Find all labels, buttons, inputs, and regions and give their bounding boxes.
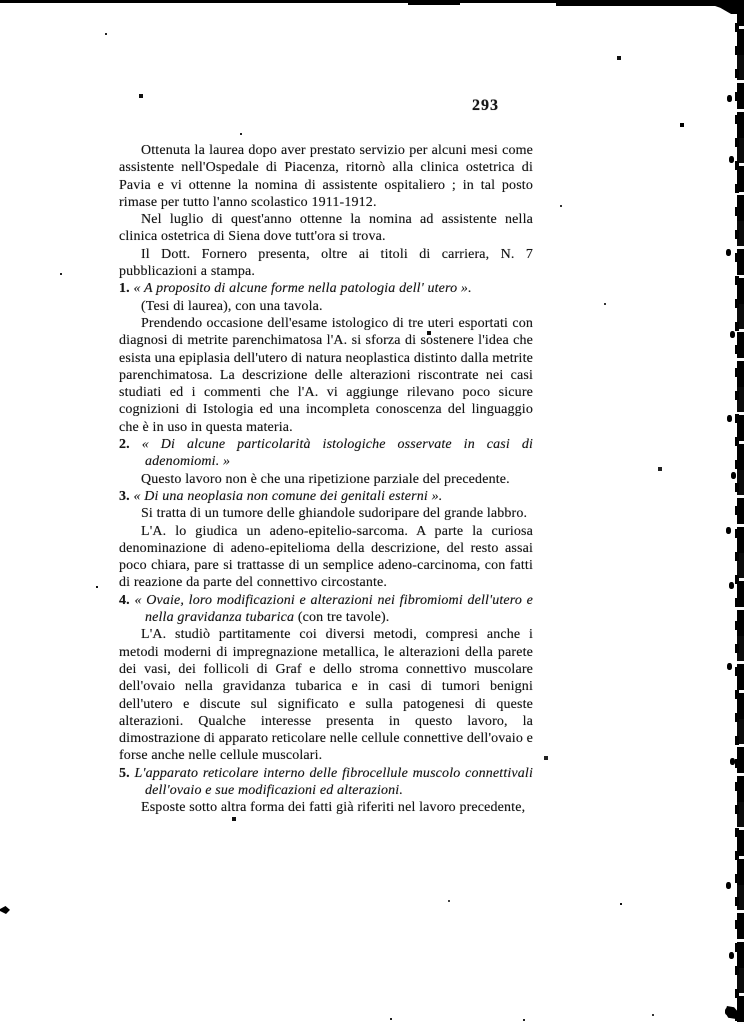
- publication-item-1: 1. « A proposito di alcune forme nella p…: [119, 280, 533, 297]
- paragraph-publications-intro: Il Dott. Fornero presenta, oltre ai tito…: [119, 246, 533, 281]
- text-column: Ottenuta la laurea dopo aver prestato se…: [119, 142, 533, 817]
- item-title: « A proposito di alcune forme nella pato…: [133, 281, 471, 296]
- paragraph-review-1: Prendendo occasione dell'esame istologic…: [119, 315, 533, 436]
- publication-item-5: 5. L'apparato reticolare interno delle f…: [119, 765, 533, 800]
- paragraph-review-3b: L'A. lo giudica un adeno-epitelio-sarcom…: [119, 523, 533, 592]
- paragraph-career-1: Ottenuta la laurea dopo aver prestato se…: [119, 142, 533, 211]
- scan-noise-top-edge: [408, 0, 460, 5]
- item-number: 1.: [119, 281, 130, 296]
- publication-item-2: 2. « Di alcune particolarità istologiche…: [119, 436, 533, 471]
- paragraph-thesis-note: (Tesi di laurea), con una tavola.: [119, 298, 533, 315]
- paragraph-review-5: Esposte sotto altra forma dei fatti già …: [119, 799, 533, 816]
- item-number: 2.: [119, 437, 130, 452]
- item-number: 3.: [119, 489, 130, 504]
- paragraph-career-2: Nel luglio di quest'anno ottenne la nomi…: [119, 211, 533, 246]
- item-number: 4.: [119, 593, 130, 608]
- item-number: 5.: [119, 766, 130, 781]
- page-number: 293: [472, 97, 499, 115]
- scan-noise-specks: [0, 0, 2, 2]
- item-title: « Di alcune particolarità istologiche os…: [142, 437, 533, 469]
- item-title-suffix: (con tre tavole).: [298, 610, 390, 625]
- item-title: « Di una neoplasia non comune dei genita…: [133, 489, 442, 504]
- paragraph-review-4: L'A. studiò partitamente coi diversi met…: [119, 626, 533, 764]
- scan-noise-left-mark: [0, 906, 10, 914]
- paragraph-review-2: Questo lavoro non è che una ripetizione …: [119, 471, 533, 488]
- scanned-document-page: 293 Ottenuta la laurea dopo aver prestat…: [0, 0, 744, 1024]
- scan-noise-right-edge: [735, 0, 739, 1024]
- publication-item-3: 3. « Di una neoplasia non comune dei gen…: [119, 488, 533, 505]
- item-title: L'apparato reticolare interno delle fibr…: [135, 766, 533, 798]
- publication-item-4: 4. « Ovaie, loro modificazioni e alteraz…: [119, 592, 533, 627]
- paragraph-review-3a: Si tratta di un tumore delle ghiandole s…: [119, 505, 533, 522]
